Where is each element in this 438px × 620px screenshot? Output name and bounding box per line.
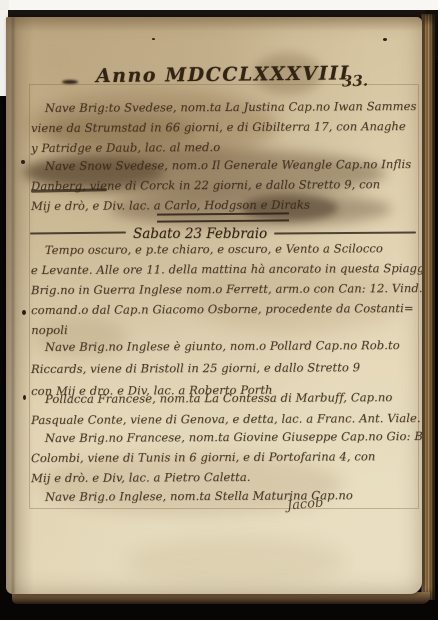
ink-speck bbox=[152, 38, 155, 40]
book-cover-top-edge bbox=[8, 10, 438, 17]
entry-line: Nave Brig.no Inglese è giunto, nom.o Pol… bbox=[31, 334, 400, 358]
entry-line: Nave Brig:to Svedese, nom.ta La Justina … bbox=[31, 96, 417, 118]
entry-line: e Levante. Alle ore 11. della mattina hà… bbox=[31, 258, 422, 280]
log-entry: Pollacca Francese, nom.ta La Contessa di… bbox=[31, 387, 421, 431]
entry-line: Tempo oscuro, e p.te chiaro, e oscuro, e… bbox=[31, 238, 422, 260]
decorative-rule bbox=[30, 232, 126, 235]
gutter-crease bbox=[12, 17, 14, 594]
entry-line: comand.o dal Cap.n Giacomo Osborne, proc… bbox=[31, 298, 422, 320]
photo-margin-top bbox=[0, 0, 438, 10]
entry-line: viene da Strumstad in 66 giorni, e di Gi… bbox=[31, 116, 417, 138]
year-heading: Anno MDCCLXXXVIII bbox=[96, 63, 308, 87]
manuscript-photo: Anno MDCCLXXXVIII 33. Nave Brig:to Svede… bbox=[0, 0, 438, 620]
entry-line: Danberg, viene di Corck in 22 giorni, e … bbox=[31, 174, 411, 196]
stain-blotch bbox=[126, 537, 346, 587]
entry-line: Nave Brig.no Francese, nom.ta Giovine Gi… bbox=[31, 426, 422, 448]
log-entry: Nave Brig.no Francese, nom.ta Giovine Gi… bbox=[31, 426, 422, 488]
entry-line: Pollacca Francese, nom.ta La Contessa di… bbox=[31, 387, 421, 410]
entry-line: Brig.no in Guerra Inglese nom.o Ferrett,… bbox=[31, 278, 422, 300]
manuscript-page: Anno MDCCLXXXVIII 33. Nave Brig:to Svede… bbox=[6, 17, 422, 594]
catchword: Jacob bbox=[286, 495, 324, 513]
log-entry: Nave Snow Svedese, nom.o Il Generale Wea… bbox=[31, 154, 412, 216]
ink-speck bbox=[383, 38, 387, 41]
decorative-rule bbox=[274, 232, 416, 235]
book-fore-edge bbox=[421, 14, 435, 600]
page-top-shade bbox=[6, 17, 422, 31]
ink-speck bbox=[22, 310, 26, 315]
log-entry: Tempo oscuro, e p.te chiaro, e oscuro, e… bbox=[31, 238, 422, 340]
decorative-double-rule bbox=[157, 212, 289, 222]
folio-number: 33. bbox=[342, 72, 369, 91]
entry-line: Nave Snow Svedese, nom.o Il Generale Wea… bbox=[31, 154, 411, 176]
ink-speck bbox=[23, 395, 26, 400]
log-entry: Nave Brig:to Svedese, nom.ta La Justina … bbox=[31, 96, 417, 158]
entry-line: Riccards, viene di Bristoll in 25 giorni… bbox=[31, 356, 400, 380]
ink-speck bbox=[21, 160, 25, 164]
entry-line: Colombi, viene di Tunis in 6 giorni, e d… bbox=[31, 446, 422, 468]
entry-line: Mij e drò. e Div, lac. a Pietro Caletta. bbox=[31, 466, 422, 488]
